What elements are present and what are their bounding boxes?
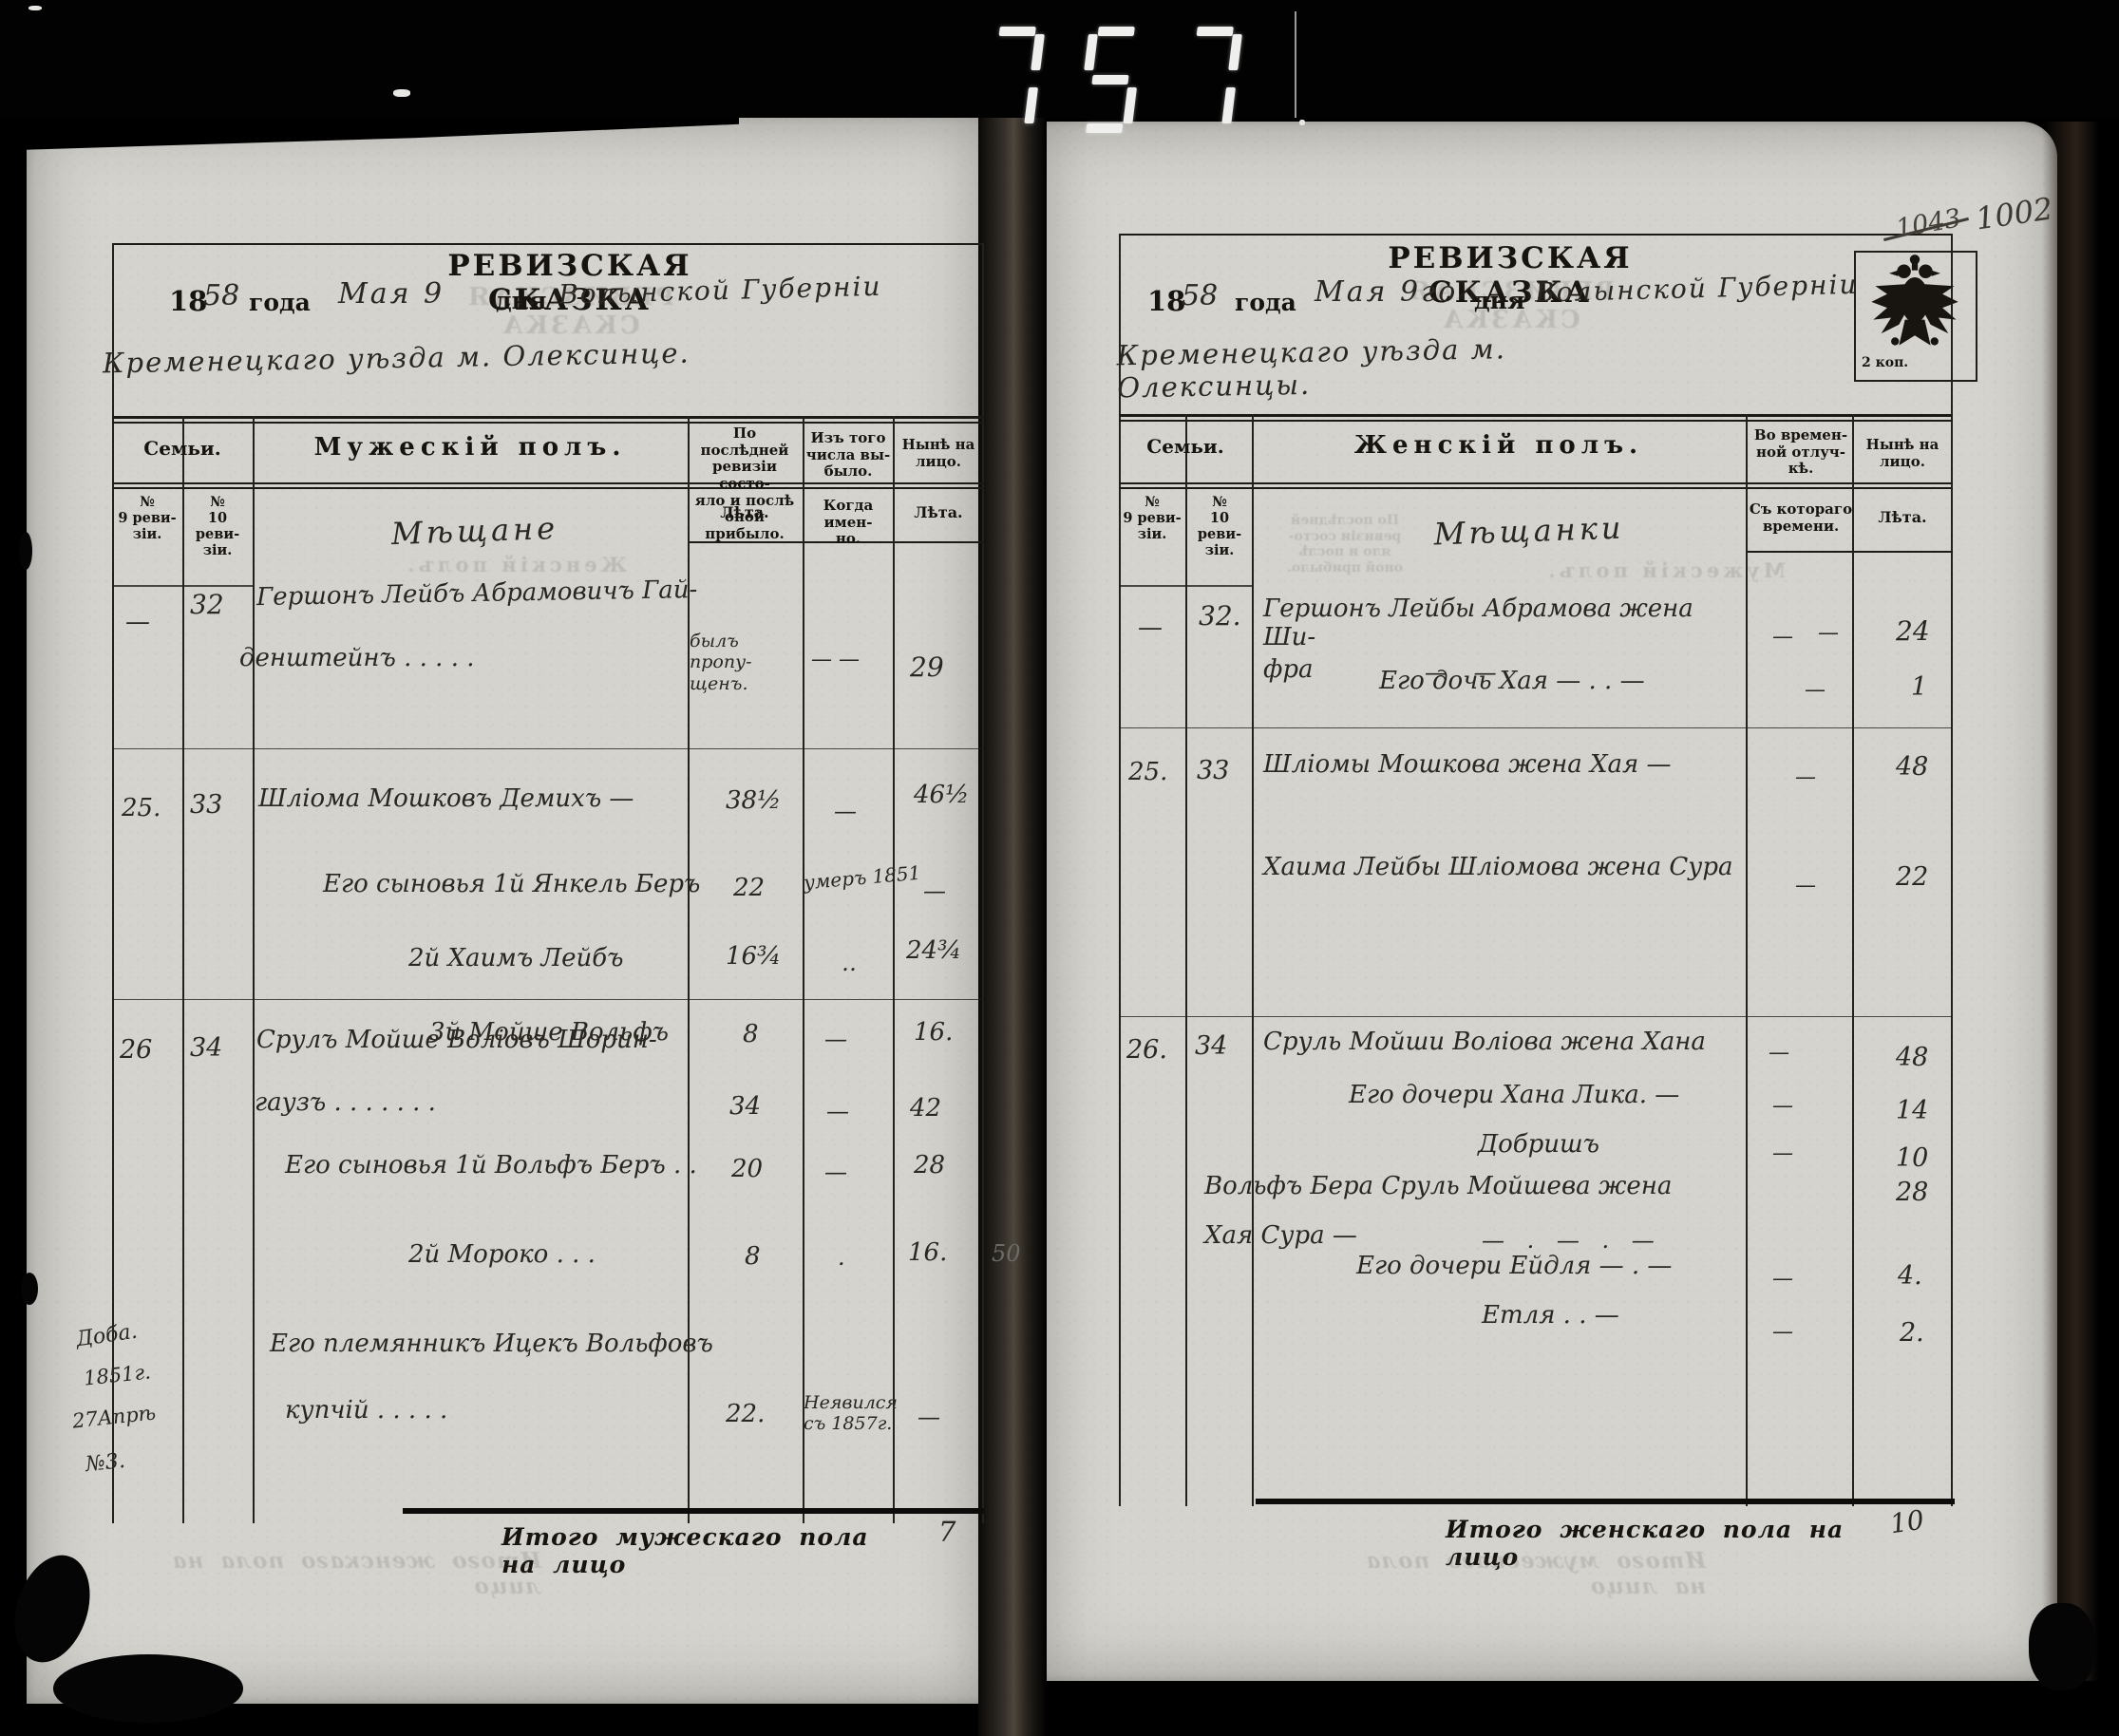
cell-prev-age: 22. [726, 1400, 765, 1428]
col-header-families: Семьи. [112, 437, 253, 460]
entry-name: Шліомы Мошкова жена Хая — [1263, 750, 1757, 779]
printed-year-prefix: 18 [1147, 285, 1185, 317]
table-rule-horizontal [1746, 551, 1953, 553]
printed-dnya: дня [1474, 287, 1524, 314]
cell-dash: — [1772, 1142, 1793, 1165]
cell-age: 2. [1900, 1318, 1924, 1348]
printed-year-prefix: 18 [169, 285, 207, 317]
cell-age: 48 [1896, 752, 1928, 782]
col-header-years: Лѣта. [690, 503, 800, 521]
cell-when: . [838, 1244, 845, 1271]
cell-absent: — [1805, 678, 1826, 702]
scan-artifact [1299, 120, 1305, 125]
scan-artifact [19, 532, 32, 570]
cell-age: — [923, 877, 946, 904]
cell-age: 10 [1896, 1143, 1928, 1173]
printed-goda: года [1235, 289, 1296, 316]
entry-name: Вольфъ Бера Сруль Мойшева жена [1204, 1172, 1755, 1200]
frame-rule-vertical [982, 243, 984, 1523]
total-bleedthrough: Итого мужескаго пола на лицо [1326, 1548, 1706, 1599]
table-rule-horizontal [1119, 420, 1953, 422]
col-header-prev-revision: По послѣдней ревизіи состо- яло и послѣ … [690, 425, 800, 543]
cell-rev9: 25. [1128, 758, 1167, 786]
row-separator [1119, 1016, 1953, 1017]
table-rule-horizontal [112, 487, 984, 489]
hw-month-day: Мая 9го [1315, 275, 1458, 309]
revenue-stamp: 2 коп. [1854, 251, 1977, 382]
page-edge-shadow [2042, 122, 2099, 1681]
col-header-now-present: Нынѣ на лицо. [895, 437, 982, 470]
col-header-sex: Женскій полъ. [1252, 431, 1746, 460]
entry-name: Его сыновья 1й Вольфъ Беръ . . [285, 1151, 712, 1179]
entry-name: денштейнъ . . . . . [239, 644, 686, 672]
cell-age: 48 [1896, 1043, 1928, 1072]
entry-name: Его дочь Хая — . . — [1379, 667, 1816, 695]
cell-when: ‥ [842, 950, 857, 976]
cell-age: 46½ [914, 781, 969, 809]
header-bleedthrough: Женскій полъ. [342, 553, 627, 576]
cell-prev-age: 38½ [726, 786, 781, 815]
hw-place-line: Кременецкаго уѣзда м. Олексинцы. [1116, 330, 1706, 405]
table-rule-horizontal [112, 482, 984, 484]
table-rule-horizontal [112, 416, 984, 419]
cell-prev-age: 8 [745, 1242, 761, 1271]
entry-name: Добришъ [1478, 1130, 1599, 1159]
cell-age: 24¾ [906, 936, 961, 965]
entry-name: Его дочери Хана Лика. — [1349, 1081, 1786, 1109]
cell-age: 42 [910, 1094, 941, 1123]
table-rule-vertical [1185, 414, 1187, 1506]
cell-prev-age: 34 [729, 1092, 761, 1121]
cell-prev-age: 16¾ [726, 942, 781, 971]
col-header-departed: Изъ того числа вы- было. [804, 430, 892, 481]
col-header-now-present: Нынѣ на лицо. [1854, 437, 1951, 470]
col-header-absence: Во времен- ной отлуч- кѣ. [1748, 427, 1854, 478]
stamp-denomination: 2 коп. [1862, 355, 1908, 370]
cell-absent: — [1795, 874, 1816, 897]
col-header-rev10: № 10 реви- зіи. [1187, 494, 1252, 558]
cell-age: 4. [1898, 1261, 1922, 1291]
hw-year: 58 [1182, 279, 1218, 312]
total-value: 10 [1888, 1504, 1926, 1540]
cell-when: — [834, 798, 857, 824]
cell-age: 16. [914, 1018, 953, 1047]
counter-digit [977, 27, 1046, 133]
cell-when: — — [811, 648, 860, 671]
printed-goda: года [249, 289, 311, 316]
entry-name: гаузъ . . . . . . . [255, 1088, 701, 1117]
cell-rev9: 26. [1126, 1035, 1167, 1065]
scan-artifact [393, 89, 410, 97]
cell-rev9: — [1138, 613, 1163, 642]
entry-name: Его сыновья 1й Янкель Беръ [323, 870, 722, 898]
cell-age: 1 [1911, 672, 1927, 702]
margin-note-line: №3. [85, 1449, 126, 1477]
col-header-families: Семьи. [1119, 435, 1252, 458]
table-rule-horizontal [1119, 414, 1953, 417]
table-rule-vertical [182, 416, 184, 1523]
cell-prev-age: 20 [731, 1155, 763, 1183]
imperial-eagle-icon [1865, 253, 1964, 355]
cell-age: 28 [914, 1151, 945, 1179]
table-rule-horizontal [112, 422, 984, 424]
cell-dash: — [1772, 1320, 1793, 1344]
table-rule-vertical [253, 416, 255, 1523]
cell-age: 28 [1896, 1178, 1928, 1207]
printed-dnya: дня [496, 287, 546, 314]
table-rule-vertical [1852, 414, 1854, 1506]
entry-name: 2й Мороко . . . [408, 1240, 722, 1269]
col-header-rev10: № 10 реви- зіи. [184, 494, 251, 558]
book-binding [978, 116, 1047, 1736]
entry-name: Етля . . — [1482, 1301, 1619, 1330]
scan-artifact [53, 1654, 243, 1723]
cell-prev-age: 8 [743, 1020, 759, 1048]
col-header-sex: Мужескій полъ. [253, 433, 688, 462]
cell-age: 14 [1896, 1096, 1928, 1125]
header-bleedthrough: По послѣдней ревизіи состо- яло и послѣ … [1278, 513, 1411, 576]
cell-rev9: — [125, 608, 150, 636]
cell-rev9: 26 [120, 1035, 152, 1065]
cell-prev-note: былъ пропу- щенъ. [690, 631, 800, 694]
archival-scan: РЕВИЗСКАЯ СКАЗКА РЕВИЗСКАЯ СКАЗКА 18 58 … [0, 0, 2119, 1736]
entry-name: Хаима Лейбы Шліомова жена Сура [1263, 853, 1776, 881]
total-rule [1256, 1499, 1955, 1504]
counter-digit [1076, 27, 1145, 133]
table-rule-horizontal [1119, 482, 1953, 484]
frame-rule-horizontal [1119, 234, 1953, 236]
entry-name: Шліома Мошковъ Демихъ — [258, 784, 695, 813]
scan-artifact [28, 6, 42, 10]
total-label: Итого мужескаго пола на лицо [501, 1523, 919, 1578]
cell-rev10: 32 [190, 589, 224, 620]
cell-dash: — [1772, 1094, 1793, 1118]
entry-name: Хая Сура — [1204, 1221, 1357, 1250]
frame-rule-vertical [1951, 234, 1953, 1506]
col-header-when: Когда имен- но. [804, 498, 892, 548]
col-header-since: Съ котораго времени. [1748, 501, 1854, 535]
table-rule-vertical [1252, 414, 1254, 1506]
cell-when: — [824, 1159, 847, 1185]
counter-digit [1175, 27, 1243, 133]
cell-absent: — [1795, 765, 1816, 789]
col-header-rev9: № 9 реви- зіи. [114, 494, 180, 542]
col-header-years: Лѣта. [1854, 508, 1951, 526]
hw-month-day: Мая 9 [338, 277, 445, 311]
cell-age: — [918, 1404, 940, 1430]
total-bleedthrough: Итого женскаго пола на лицо [142, 1548, 541, 1599]
cell-rev10: 34 [190, 1033, 222, 1063]
scan-artifact-line [1295, 11, 1296, 118]
cell-rev9: 25. [122, 794, 161, 822]
cell-dash: — [1772, 1267, 1793, 1291]
total-value: 7 [938, 1516, 955, 1548]
table-rule-vertical [893, 416, 895, 1523]
entry-dashes: — . — . — [1482, 1227, 1824, 1254]
entry-name: Его племянникъ Ицекъ Вольфовъ [270, 1330, 726, 1358]
entry-name: Сруль Мойши Воліова жена Хана [1263, 1028, 1776, 1056]
row-separator [112, 748, 984, 749]
row-separator [112, 999, 984, 1000]
row-separator [1119, 727, 1953, 728]
cell-age: 29 [910, 651, 944, 683]
table-rule-horizontal [1119, 487, 1953, 489]
col-header-rev9: № 9 реви- зіи. [1121, 494, 1183, 542]
counter-display [984, 27, 1237, 133]
entry-name: Его дочери Ейдля — . — [1356, 1252, 1793, 1280]
cell-prev-age: 22 [733, 874, 765, 902]
cell-rev10: 32. [1199, 600, 1241, 632]
cell-rev10: 33 [1197, 756, 1229, 785]
entry-name: Гершонъ Лейбы Абрамова жена Ши- [1263, 594, 1738, 651]
cell-absent: — [1772, 625, 1793, 649]
entry-name: фра [1263, 655, 1314, 684]
table-rule-vertical [803, 416, 804, 1523]
cell-when: Неявился съ 1857г. [804, 1392, 893, 1435]
cell-when: — [824, 1026, 847, 1052]
cell-age: 22 [1896, 862, 1928, 892]
header-bleedthrough: Мужескій полъ. [1501, 558, 1786, 582]
scan-artifact [21, 1273, 38, 1305]
cell-age: 16. [908, 1238, 947, 1267]
scan-artifact [2029, 1603, 2095, 1690]
frame-rule-vertical [1119, 234, 1121, 1506]
cell-when: — [826, 1098, 849, 1124]
cell-absent: — [1818, 621, 1839, 645]
entry-name: Срулъ Мойше Воліовъ Шорин- [256, 1026, 703, 1054]
total-rule [403, 1508, 984, 1514]
cell-rev10: 34 [1195, 1031, 1227, 1061]
margin-pencil-number: 50 [992, 1240, 1021, 1267]
entry-name: купчій . . . . . [285, 1396, 684, 1425]
frame-rule-horizontal [112, 243, 984, 245]
hw-year: 58 [203, 279, 239, 312]
entry-name: 2й Хаимъ Лейбъ [408, 944, 722, 972]
cell-dash: — [1769, 1041, 1789, 1065]
cell-age: 24 [1896, 615, 1930, 647]
cell-rev10: 33 [190, 790, 222, 820]
col-header-years2: Лѣта. [895, 503, 982, 521]
